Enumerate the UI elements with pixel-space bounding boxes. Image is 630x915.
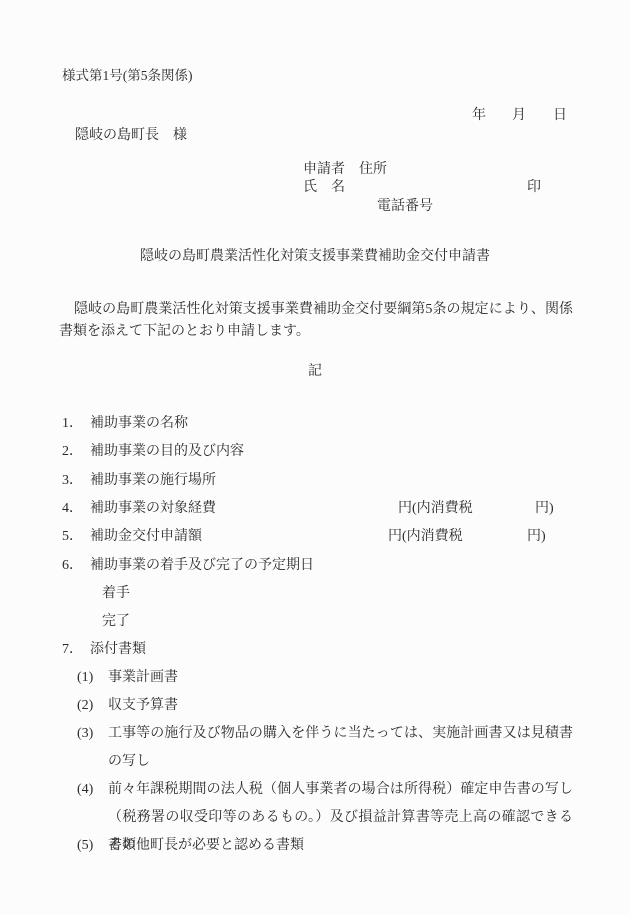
date-year-label: 年 <box>472 109 486 123</box>
applicant-address-label: 申請者 住所 <box>303 163 387 177</box>
attachment-business-plan: (1)事業計画書 <box>77 664 573 692</box>
record-mark: 記 <box>0 365 630 379</box>
date-month-label: 月 <box>512 109 526 123</box>
schedule-end-label: 完了 <box>102 615 130 629</box>
form-number: 様式第1号(第5条関係) <box>62 69 193 83</box>
item-location: 3．補助事業の施行場所 <box>62 474 216 488</box>
seal-mark: 印 <box>527 181 541 195</box>
attachment-number: (3) <box>77 720 108 748</box>
item-number: 6． <box>62 559 90 573</box>
item-label: 補助金交付申請額 <box>90 529 202 544</box>
amount-yen-close-label: 円) <box>527 530 546 544</box>
item-number: 5． <box>62 530 90 544</box>
item-number: 4． <box>62 502 90 516</box>
attachment-text: 収支予算書 <box>108 692 573 720</box>
item-number: 1． <box>62 417 90 431</box>
attachment-number: (1) <box>77 664 108 692</box>
item-label: 添付書類 <box>90 642 146 657</box>
attachment-text: その他町長が必要と認める書類 <box>108 832 573 860</box>
applicant-phone-label: 電話番号 <box>377 200 433 214</box>
item-requested-grant: 5．補助金交付申請額円(内消費税円) <box>62 530 202 544</box>
amount-yen-close-label: 円) <box>535 502 554 516</box>
amount-yen-tax-label: 円(内消費税 <box>388 530 463 544</box>
attachment-text: 工事等の施行及び物品の購入を伴うに当たっては、実施計画書又は見積書の写し <box>108 720 573 776</box>
item-label: 補助事業の施行場所 <box>90 473 216 488</box>
item-number: 7． <box>62 643 90 657</box>
item-target-expenses: 4．補助事業の対象経費円(内消費税円) <box>62 502 216 516</box>
attachment-budget: (2)収支予算書 <box>77 692 573 720</box>
attachment-other-documents: (5)その他町長が必要と認める書類 <box>77 832 573 860</box>
item-schedule: 6．補助事業の着手及び完了の予定期日 <box>62 559 314 573</box>
date-day-label: 日 <box>553 109 567 123</box>
item-label: 補助事業の目的及び内容 <box>90 444 244 459</box>
intro-paragraph: 隠岐の島町農業活性化対策支援事業費補助金交付要綱第5条の規定により、関係書類を添… <box>59 299 573 343</box>
schedule-start-label: 着手 <box>102 587 130 601</box>
item-attachments: 7．添付書類 <box>62 643 146 657</box>
attachment-number: (4) <box>77 776 108 804</box>
item-purpose-content: 2．補助事業の目的及び内容 <box>62 445 244 459</box>
attachment-number: (5) <box>77 832 108 860</box>
item-label: 補助事業の名称 <box>90 416 188 431</box>
document-title: 隠岐の島町農業活性化対策支援事業費補助金交付申請書 <box>0 250 630 264</box>
item-label: 補助事業の着手及び完了の予定期日 <box>90 558 314 573</box>
attachment-number: (2) <box>77 692 108 720</box>
item-number: 2． <box>62 445 90 459</box>
applicant-name-label: 氏 名 <box>303 181 345 195</box>
item-number: 3． <box>62 474 90 488</box>
item-label: 補助事業の対象経費 <box>90 501 216 516</box>
item-project-name: 1．補助事業の名称 <box>62 417 188 431</box>
attachment-implementation-plan: (3)工事等の施行及び物品の購入を伴うに当たっては、実施計画書又は見積書の写し <box>77 720 573 776</box>
amount-yen-tax-label: 円(内消費税 <box>398 502 473 516</box>
addressee-line: 隠岐の島町長 様 <box>75 129 187 143</box>
attachment-text: 事業計画書 <box>108 664 573 692</box>
application-form-document: 様式第1号(第5条関係) 年 月 日 隠岐の島町長 様 申請者 住所 氏 名 印… <box>0 0 630 915</box>
